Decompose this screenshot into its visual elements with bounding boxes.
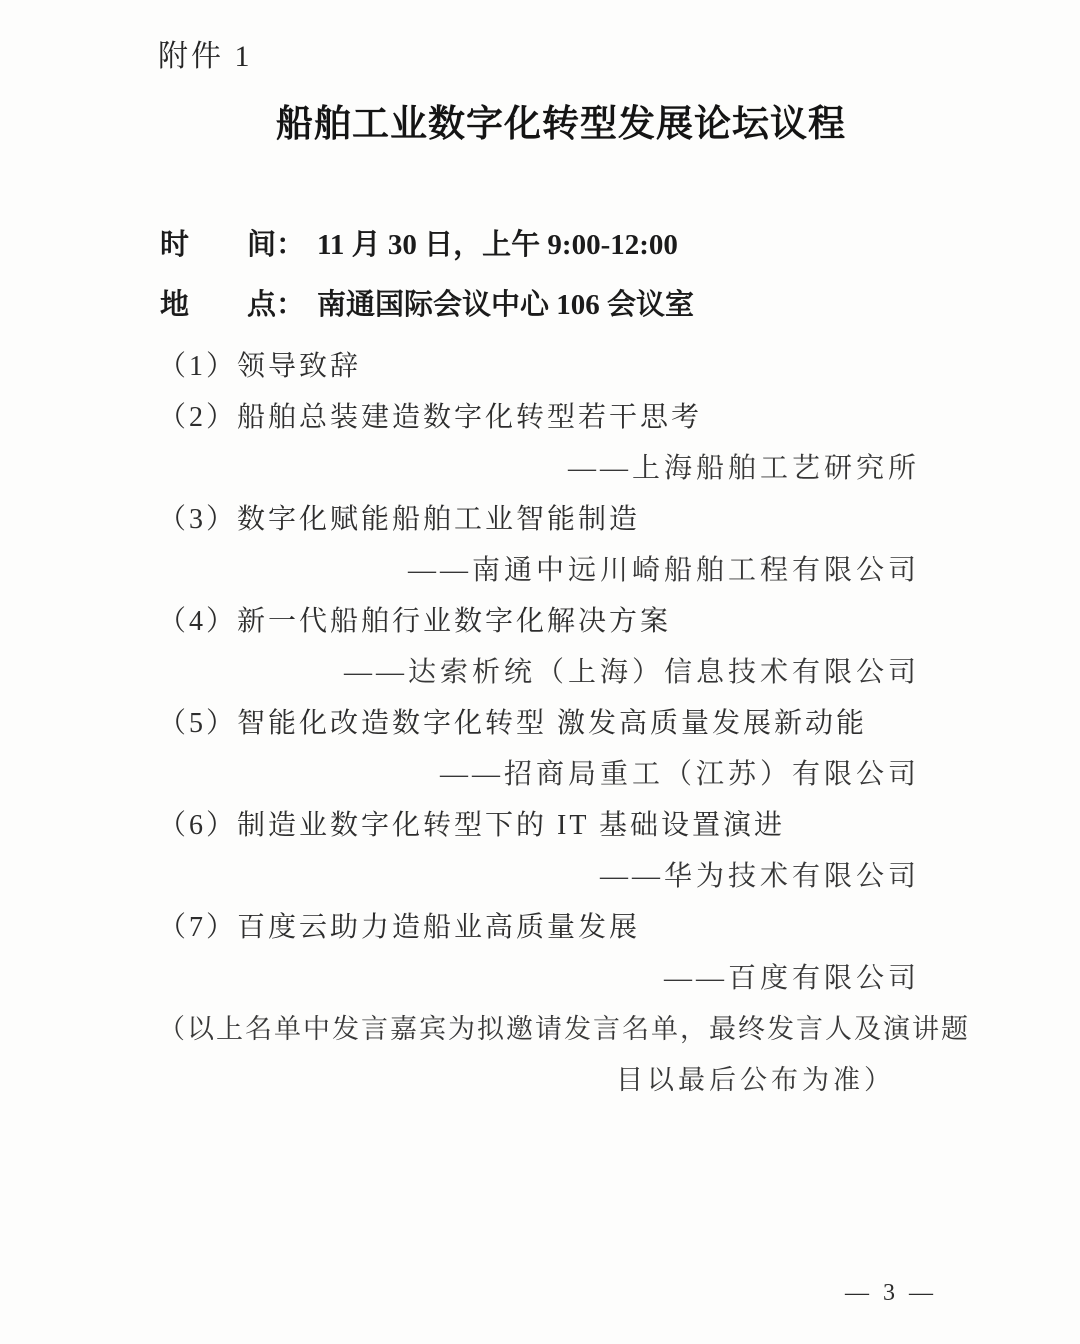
time-value: 11 月 30 日，上午 9:00-12:00	[317, 229, 678, 261]
page-number: — 3 —	[845, 1280, 937, 1307]
agenda-item-2-presenter: ——上海船舶工艺研究所	[158, 443, 920, 494]
note-line-1: （以上名单中发言嘉宾为拟邀请发言名单，最终发言人及演讲题	[158, 1004, 920, 1055]
time-label-first: 时	[160, 227, 189, 263]
agenda-item-4-title: 新一代船舶行业数字化解决方案	[237, 606, 671, 637]
agenda-list: （1）领导致辞 （2）船舶总装建造数字化转型若干思考 ——上海船舶工艺研究所 （…	[158, 341, 920, 1106]
agenda-item-2-title: 船舶总装建造数字化转型若干思考	[237, 402, 702, 433]
agenda-item-6-title: 制造业数字化转型下的 IT 基础设置演进	[237, 810, 785, 841]
place-value: 南通国际会议中心 106 会议室	[317, 289, 694, 321]
agenda-item-5-num: （5）	[158, 708, 237, 739]
meta-time-row: 时间：11 月 30 日，上午 9:00-12:00	[160, 227, 678, 263]
document-title: 船舶工业数字化转型发展论坛议程	[160, 100, 962, 150]
agenda-item-5-presenter: ——招商局重工（江苏）有限公司	[158, 749, 920, 800]
agenda-item-1: （1）领导致辞	[158, 341, 920, 392]
agenda-item-4-num: （4）	[158, 606, 237, 637]
agenda-item-5: （5）智能化改造数字化转型 激发高质量发展新动能	[158, 698, 920, 749]
place-label-first: 地	[160, 287, 189, 323]
agenda-item-6-presenter: ——华为技术有限公司	[158, 851, 920, 902]
agenda-item-6: （6）制造业数字化转型下的 IT 基础设置演进	[158, 800, 920, 851]
time-label-second: 间：	[247, 227, 305, 263]
meta-place-row: 地点：南通国际会议中心 106 会议室	[160, 287, 694, 323]
agenda-item-3-title: 数字化赋能船舶工业智能制造	[237, 504, 640, 535]
note-line-2: 目以最后公布为准）	[158, 1055, 920, 1106]
agenda-item-1-title: 领导致辞	[237, 351, 361, 382]
agenda-item-4-presenter: ——达索析统（上海）信息技术有限公司	[158, 647, 920, 698]
agenda-item-7-title: 百度云助力造船业高质量发展	[237, 912, 640, 943]
agenda-item-6-num: （6）	[158, 810, 237, 841]
document-page: 附件 1 船舶工业数字化转型发展论坛议程 时间：11 月 30 日，上午 9:0…	[0, 0, 1080, 1344]
agenda-item-2-num: （2）	[158, 402, 237, 433]
agenda-item-7-num: （7）	[158, 912, 237, 943]
agenda-item-3: （3）数字化赋能船舶工业智能制造	[158, 494, 920, 545]
agenda-item-2: （2）船舶总装建造数字化转型若干思考	[158, 392, 920, 443]
agenda-item-3-num: （3）	[158, 504, 237, 535]
attachment-label: 附件 1	[158, 38, 253, 76]
agenda-item-3-presenter: ——南通中远川崎船舶工程有限公司	[158, 545, 920, 596]
place-label-second: 点：	[247, 287, 305, 323]
agenda-item-4: （4）新一代船舶行业数字化解决方案	[158, 596, 920, 647]
agenda-item-7-presenter: ——百度有限公司	[158, 953, 920, 1004]
agenda-item-5-title: 智能化改造数字化转型 激发高质量发展新动能	[237, 708, 867, 739]
agenda-item-1-num: （1）	[158, 351, 237, 382]
agenda-item-7: （7）百度云助力造船业高质量发展	[158, 902, 920, 953]
